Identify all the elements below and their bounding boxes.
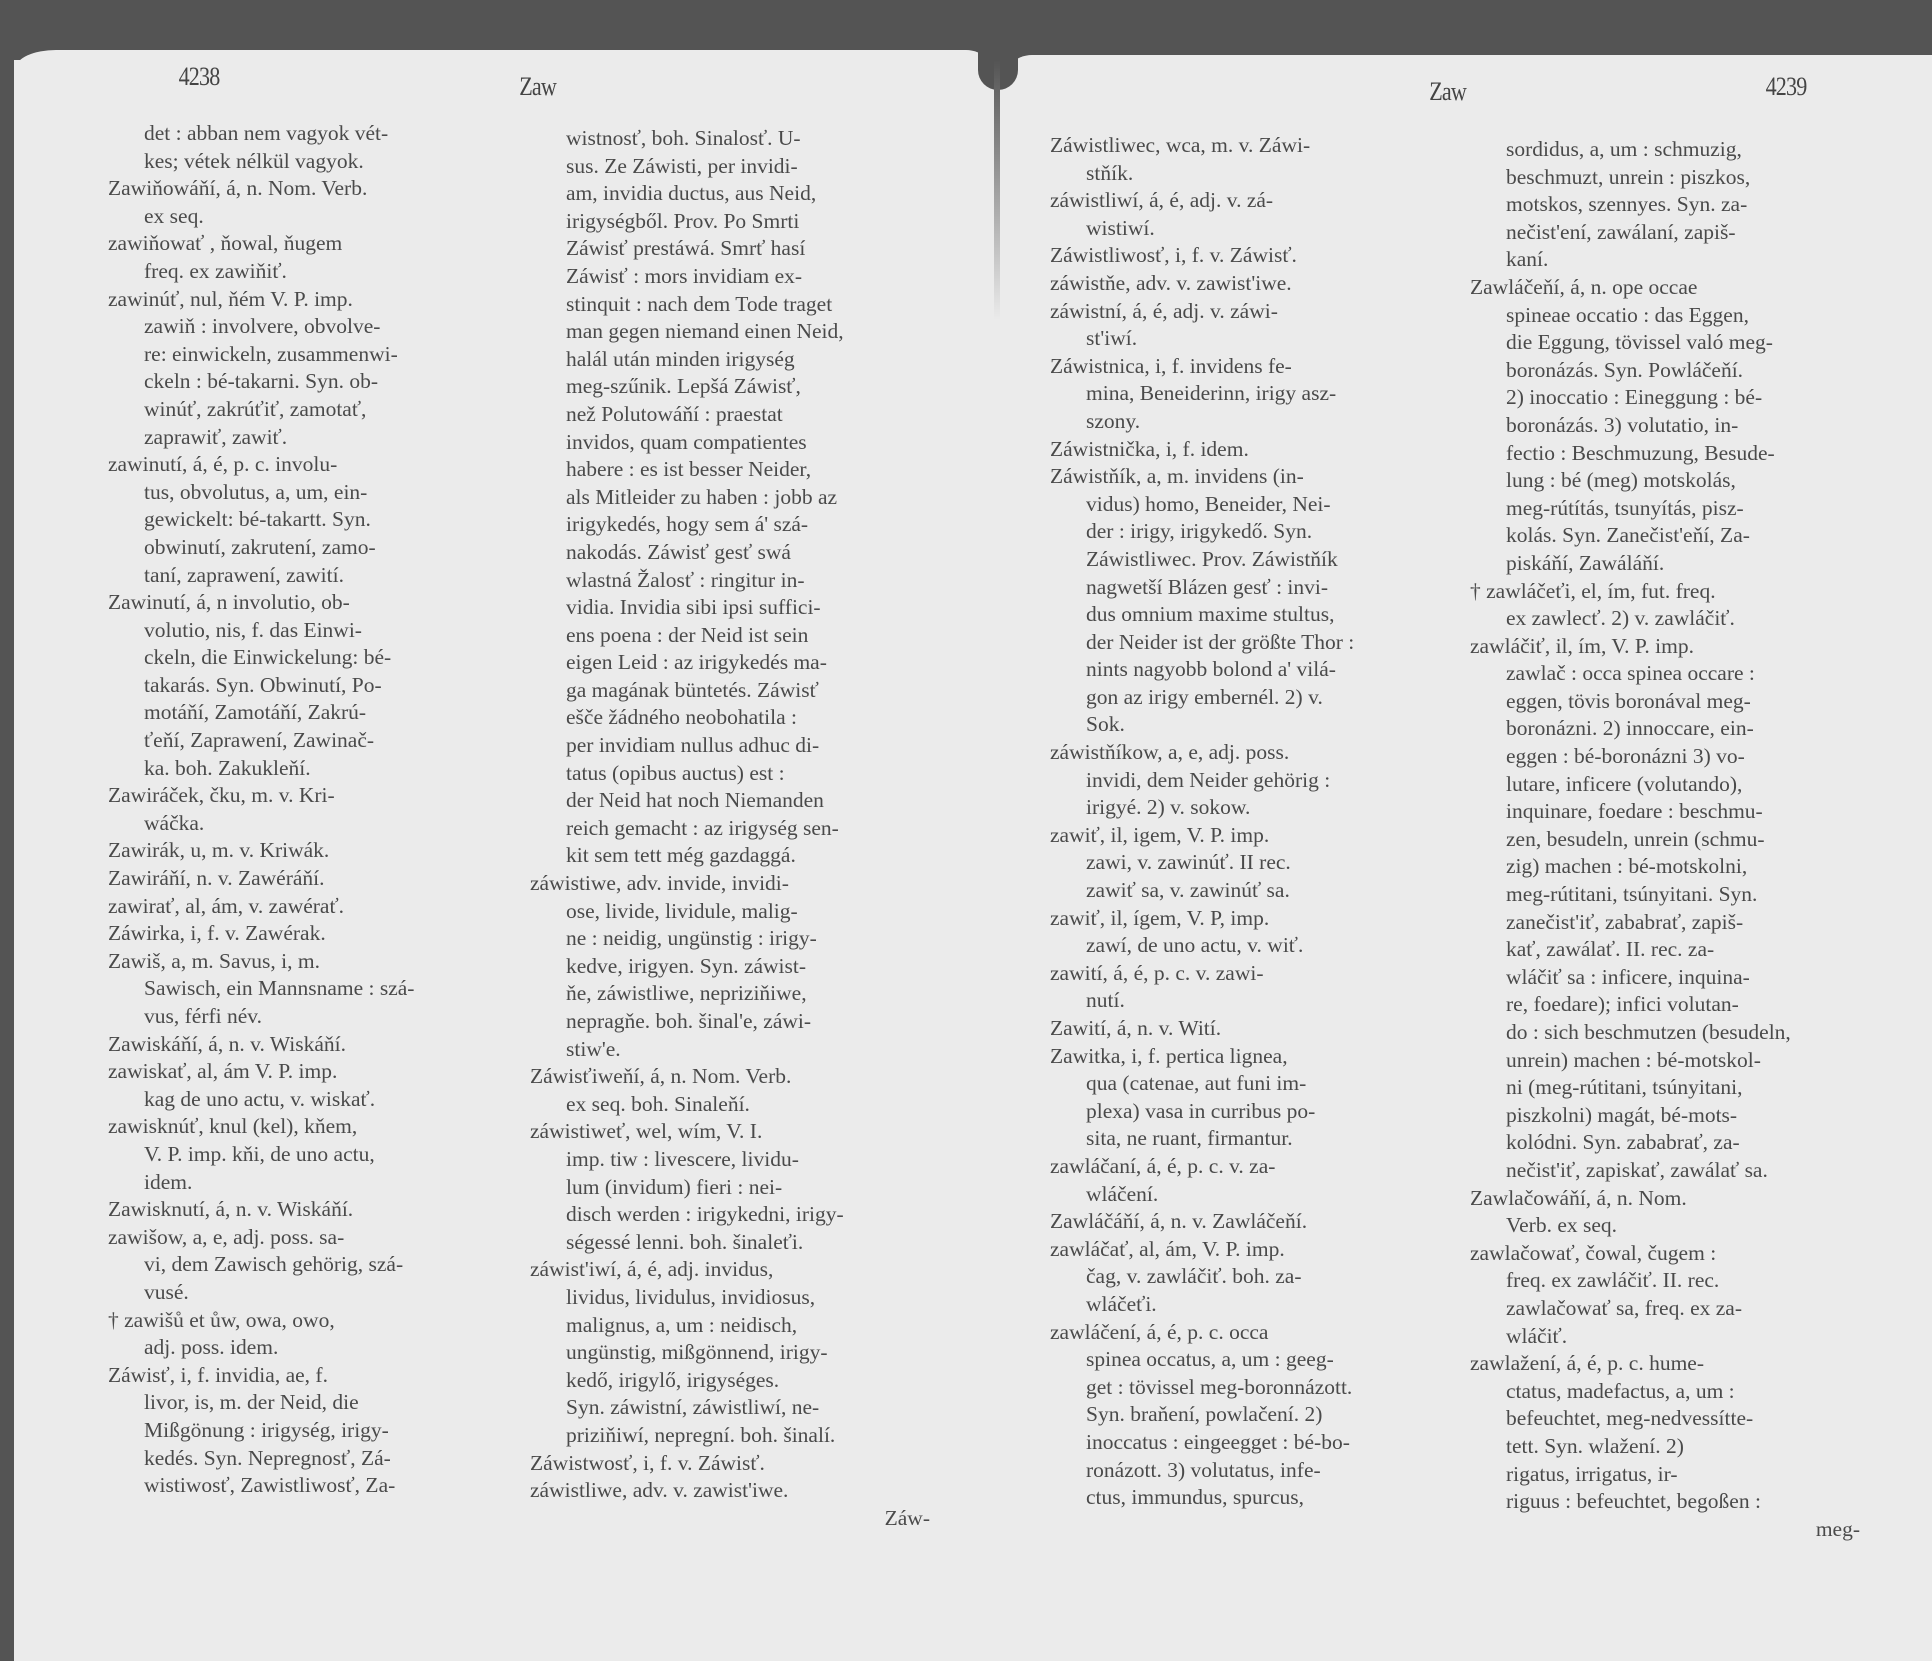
entry-headword-line: záwistiweť, wel, wím, V. I. — [530, 1118, 960, 1146]
entry-headword-line: záwist'iwí, á, é, adj. invidus, — [530, 1256, 960, 1284]
entry-headword-line: zawirať, al, ám, v. zawérať. — [108, 893, 526, 921]
scan-left-border — [0, 0, 14, 1661]
entry-continuation-line: lividus, lividulus, invidiosus, — [530, 1284, 960, 1312]
entry-continuation-line: habere : es ist besser Neider, — [530, 456, 960, 484]
entry-continuation-line: stinquit : nach dem Tode traget — [530, 291, 960, 319]
entry-continuation-line: 2) inoccatio : Eineggung : bé- — [1470, 384, 1890, 412]
entry-continuation-line: plexa) vasa in curribus po- — [1050, 1098, 1460, 1126]
entry-continuation-line: vusé. — [108, 1279, 526, 1307]
entry-continuation-line: motáňí, Zamotáňí, Zakrú- — [108, 699, 526, 727]
entry-continuation-line: obwinutí, zakrutení, zamo- — [108, 534, 526, 562]
entry-continuation-line: eggen : bé-boronázni 3) vo- — [1470, 743, 1890, 771]
entry-continuation-line: wláčení. — [1050, 1181, 1460, 1209]
entry-continuation-line: boronázni. 2) innoccare, ein- — [1470, 715, 1890, 743]
entry-continuation-line: zanečist'iť, zababrať, zapiš- — [1470, 909, 1890, 937]
entry-continuation-line: der Neider ist der größte Thor : — [1050, 629, 1460, 657]
entry-continuation-line: eggen, tövis boronával meg- — [1470, 688, 1890, 716]
entry-continuation-line: det : abban nem vagyok vét- — [108, 120, 526, 148]
entry-continuation-line: st'iwí. — [1050, 325, 1460, 353]
entry-continuation-line: kes; vétek nélkül vagyok. — [108, 148, 526, 176]
entry-continuation-line: inoccatus : eingeegget : bé-bo- — [1050, 1429, 1460, 1457]
entry-continuation-line: motskos, szennyes. Syn. za- — [1470, 191, 1890, 219]
entry-continuation-line: nepragňe. boh. šinal'e, záwi- — [530, 1008, 960, 1036]
entry-headword-line: zawinúť, nul, ňém V. P. imp. — [108, 286, 526, 314]
entry-continuation-line: reich gemacht : az irigység sen- — [530, 815, 960, 843]
entry-continuation-line: ens poena : der Neid ist sein — [530, 622, 960, 650]
entry-continuation-line: kit sem tett még gazdaggá. — [530, 842, 960, 870]
entry-headword-line: Zawiš, a, m. Savus, i, m. — [108, 948, 526, 976]
entry-headword-line: záwistní, á, é, adj. v. záwi- — [1050, 298, 1460, 326]
left-page-column-1: det : abban nem vagyok vét-kes; vétek né… — [108, 120, 526, 1500]
entry-continuation-line: V. P. imp. kňi, de uno actu, — [108, 1141, 526, 1169]
entry-headword-line: Záwisťiweňí, á, n. Nom. Verb. — [530, 1063, 960, 1091]
left-page-column-2: wistnosť, boh. Sinalosť. U-sus. Ze Záwis… — [530, 125, 960, 1532]
entry-headword-line: Záwisť, i, f. invidia, ae, f. — [108, 1362, 526, 1390]
entry-continuation-line: re, foedare); infici volutan- — [1470, 991, 1890, 1019]
entry-continuation-line: zen, besudeln, unrein (schmu- — [1470, 826, 1890, 854]
entry-continuation-line: irigyé. 2) v. sokow. — [1050, 794, 1460, 822]
entry-continuation-line: Záwistliwec. Prov. Záwistňík — [1050, 546, 1460, 574]
entry-continuation-line: kolódni. Syn. zababrať, za- — [1470, 1129, 1890, 1157]
entry-headword-line: Záwistnica, i, f. invidens fe- — [1050, 353, 1460, 381]
entry-continuation-line: unrein) machen : bé-motskol- — [1470, 1047, 1890, 1075]
entry-continuation-line: kag de uno actu, v. wiskať. — [108, 1086, 526, 1114]
entry-continuation-line: wistiwí. — [1050, 215, 1460, 243]
entry-continuation-line: imp. tiw : livescere, lividu- — [530, 1146, 960, 1174]
entry-continuation-line: kolás. Syn. Zanečist'eňí, Za- — [1470, 522, 1890, 550]
entry-continuation-line: sita, ne ruant, firmantur. — [1050, 1125, 1460, 1153]
entry-continuation-line: zawiť sa, v. zawinúť sa. — [1050, 877, 1460, 905]
entry-continuation-line: Sawisch, ein Mannsname : szá- — [108, 975, 526, 1003]
entry-continuation-line: als Mitleider zu haben : jobb az — [530, 484, 960, 512]
entry-headword-line: Záwistnička, i, f. idem. — [1050, 436, 1460, 464]
entry-continuation-line: zawí, de uno actu, v. wiť. — [1050, 932, 1460, 960]
entry-continuation-line: ségessé lenni. boh. šinaleťi. — [530, 1229, 960, 1257]
entry-continuation-line: Mißgönung : irigység, irigy- — [108, 1417, 526, 1445]
entry-continuation-line: nagwetší Blázen gesť : invi- — [1050, 574, 1460, 602]
entry-continuation-line: die Eggung, tövissel való meg- — [1470, 329, 1890, 357]
entry-continuation-line: fectio : Beschmuzung, Besude- — [1470, 440, 1890, 468]
entry-headword-line: Zawláčáňí, á, n. v. Zawláčeňí. — [1050, 1208, 1460, 1236]
entry-continuation-line: beschmuzt, unrein : piszkos, — [1470, 164, 1890, 192]
entry-continuation-line: priziňiwí, nepregní. boh. šinalí. — [530, 1422, 960, 1450]
entry-continuation-line: wlastná Žalosť : ringitur in- — [530, 567, 960, 595]
entry-continuation-line: zawlačowať sa, freq. ex za- — [1470, 1295, 1890, 1323]
entry-continuation-line: meg-szűnik. Lepšá Záwisť, — [530, 373, 960, 401]
entry-continuation-line: ctatus, madefactus, a, um : — [1470, 1378, 1890, 1406]
entry-continuation-line: ni (meg-rútitani, tsúnyitani, — [1470, 1074, 1890, 1102]
entry-continuation-line: per invidiam nullus adhuc di- — [530, 732, 960, 760]
entry-continuation-line: zawiň : involvere, obvolve- — [108, 313, 526, 341]
entry-continuation-line: spinea occatus, a, um : geeg- — [1050, 1346, 1460, 1374]
entry-continuation-line: disch werden : irigykedni, irigy- — [530, 1201, 960, 1229]
entry-headword-line: † zawláčeťi, el, ím, fut. freq. — [1470, 578, 1890, 606]
entry-continuation-line: invidos, quam compatientes — [530, 429, 960, 457]
entry-continuation-line: irigységből. Prov. Po Smrti — [530, 208, 960, 236]
entry-continuation-line: am, invidia ductus, aus Neid, — [530, 180, 960, 208]
entry-continuation-line: volutio, nis, f. das Einwi- — [108, 617, 526, 645]
entry-continuation-line: ne : neidig, ungünstig : irigy- — [530, 925, 960, 953]
entry-continuation-line: freq. ex zawláčiť. II. rec. — [1470, 1267, 1890, 1295]
entry-headword-line: Zawinutí, á, n involutio, ob- — [108, 589, 526, 617]
entry-continuation-line: tatus (opibus auctus) est : — [530, 760, 960, 788]
entry-continuation-line: dus omnium maxime stultus, — [1050, 601, 1460, 629]
entry-continuation-line: befeuchtet, meg-nedvessítte- — [1470, 1405, 1890, 1433]
entry-continuation-line: meg-rútítás, tsunyítás, pisz- — [1470, 495, 1890, 523]
entry-continuation-line: meg-rútitani, tsúnyitani. Syn. — [1470, 881, 1890, 909]
entry-continuation-line: gon az irigy embernél. 2) v. — [1050, 684, 1460, 712]
right-running-head: Zaw — [1429, 77, 1466, 107]
entry-continuation-line: sordidus, a, um : schmuzig, — [1470, 136, 1890, 164]
entry-headword-line: Zawiňowáňí, á, n. Nom. Verb. — [108, 175, 526, 203]
entry-continuation-line: zawlač : occa spinea occare : — [1470, 660, 1890, 688]
entry-continuation-line: adj. poss. idem. — [108, 1334, 526, 1362]
entry-continuation-line: get : tövissel meg-boronnázott. — [1050, 1374, 1460, 1402]
right-page-column-2: sordidus, a, um : schmuzig,beschmuzt, un… — [1470, 136, 1890, 1543]
entry-continuation-line: ckeln, die Einwickelung: bé- — [108, 644, 526, 672]
entry-continuation-line: vidia. Invidia sibi ipsi suffici- — [530, 594, 960, 622]
entry-headword-line: Zawiráňí, n. v. Zawéráňí. — [108, 865, 526, 893]
entry-headword-line: zawlažení, á, é, p. c. hume- — [1470, 1350, 1890, 1378]
entry-continuation-line: wáčka. — [108, 810, 526, 838]
right-page-number: 4239 — [1766, 72, 1807, 102]
entry-continuation-line: vus, férfi név. — [108, 1003, 526, 1031]
entry-continuation-line: inquinare, foedare : beschmu- — [1470, 798, 1890, 826]
entry-headword-line: záwistňe, adv. v. zawist'iwe. — [1050, 270, 1460, 298]
entry-continuation-line: ose, livide, lividule, malig- — [530, 898, 960, 926]
entry-continuation-line: taní, zaprawení, zawití. — [108, 562, 526, 590]
entry-headword-line: Zawiskáňí, á, n. v. Wiskáňí. — [108, 1031, 526, 1059]
entry-headword-line: Záwirka, i, f. v. Zawérak. — [108, 920, 526, 948]
entry-continuation-line: invidi, dem Neider gehörig : — [1050, 767, 1460, 795]
entry-continuation-line: nečist'iť, zapiskať, zawálať sa. — [1470, 1157, 1890, 1185]
entry-headword-line: zawití, á, é, p. c. v. zawi- — [1050, 960, 1460, 988]
entry-continuation-line: zawi, v. zawinúť. II rec. — [1050, 849, 1460, 877]
entry-continuation-line: tett. Syn. wlažení. 2) — [1470, 1433, 1890, 1461]
entry-continuation-line: wláčiť. — [1470, 1323, 1890, 1351]
left-running-head: Zaw — [519, 72, 556, 102]
entry-continuation-line: wláčiť sa : inficere, inquina- — [1470, 964, 1890, 992]
entry-continuation-line: rigatus, irrigatus, ir- — [1470, 1461, 1890, 1489]
entry-headword-line: záwistliwe, adv. v. zawist'iwe. — [530, 1477, 960, 1505]
entry-continuation-line: winúť, zakrúťiť, zamotať, — [108, 396, 526, 424]
catchword: meg- — [1470, 1516, 1890, 1544]
entry-continuation-line: wláčeťi. — [1050, 1291, 1460, 1319]
entry-continuation-line: eigen Leid : az irigykedés ma- — [530, 649, 960, 677]
entry-headword-line: záwistňíkow, a, e, adj. poss. — [1050, 739, 1460, 767]
entry-continuation-line: stňík. — [1050, 160, 1460, 188]
entry-headword-line: zawišow, a, e, adj. poss. sa- — [108, 1224, 526, 1252]
entry-continuation-line: než Polutowáňí : praestat — [530, 401, 960, 429]
entry-continuation-line: ckeln : bé-takarni. Syn. ob- — [108, 368, 526, 396]
entry-continuation-line: ňe, záwistliwe, nepriziňiwe, — [530, 980, 960, 1008]
entry-continuation-line: nints nagyobb bolond a' vilá- — [1050, 656, 1460, 684]
entry-continuation-line: vidus) homo, Beneider, Nei- — [1050, 491, 1460, 519]
entry-continuation-line: piskáňí, Zawáláňí. — [1470, 550, 1890, 578]
entry-headword-line: zawiňowať , ňowal, ňugem — [108, 230, 526, 258]
entry-headword-line: Zawlačowáňí, á, n. Nom. — [1470, 1185, 1890, 1213]
entry-continuation-line: Syn. záwistní, záwistliwí, ne- — [530, 1394, 960, 1422]
entry-headword-line: zawláčať, al, ám, V. P. imp. — [1050, 1236, 1460, 1264]
entry-continuation-line: mina, Beneiderinn, irigy asz- — [1050, 380, 1460, 408]
entry-continuation-line: nutí. — [1050, 987, 1460, 1015]
entry-continuation-line: spineae occatio : das Eggen, — [1470, 302, 1890, 330]
entry-continuation-line: lum (invidum) fieri : nei- — [530, 1174, 960, 1202]
entry-continuation-line: idem. — [108, 1169, 526, 1197]
entry-continuation-line: ex seq. — [108, 203, 526, 231]
entry-continuation-line: ešče žádného neobohatila : — [530, 704, 960, 732]
entry-continuation-line: zaprawiť, zawiť. — [108, 424, 526, 452]
catchword: Záw- — [530, 1505, 960, 1533]
entry-continuation-line: lung : bé (meg) motskolás, — [1470, 467, 1890, 495]
entry-continuation-line: ka. boh. Zakukleňí. — [108, 755, 526, 783]
entry-continuation-line: ungünstig, mißgönnend, irigy- — [530, 1339, 960, 1367]
entry-continuation-line: nakodás. Záwisť gesť swá — [530, 539, 960, 567]
right-page-column-1: Záwistliwec, wca, m. v. Záwi-stňík.záwis… — [1050, 132, 1460, 1512]
entry-continuation-line: wistnosť, boh. Sinalosť. U- — [530, 125, 960, 153]
entry-continuation-line: kedés. Syn. Nepregnosť, Zá- — [108, 1445, 526, 1473]
entry-headword-line: Zawláčeňí, á, n. ope occae — [1470, 274, 1890, 302]
entry-continuation-line: ex zawlecť. 2) v. zawláčiť. — [1470, 605, 1890, 633]
entry-continuation-line: do : sich beschmutzen (besudeln, — [1470, 1019, 1890, 1047]
entry-continuation-line: kaní. — [1470, 246, 1890, 274]
entry-continuation-line: ronázott. 3) volutatus, infe- — [1050, 1457, 1460, 1485]
entry-continuation-line: Syn. braňení, powlačení. 2) — [1050, 1401, 1460, 1429]
entry-headword-line: Záwistliwosť, i, f. v. Záwisť. — [1050, 242, 1460, 270]
entry-continuation-line: malignus, a, um : neidisch, — [530, 1312, 960, 1340]
entry-continuation-line: wistiwosť, Zawistliwosť, Za- — [108, 1472, 526, 1500]
entry-headword-line: zawláčení, á, é, p. c. occa — [1050, 1319, 1460, 1347]
entry-continuation-line: ex seq. boh. Sinaleňí. — [530, 1091, 960, 1119]
entry-headword-line: zawiť, il, ígem, V. P, imp. — [1050, 905, 1460, 933]
entry-continuation-line: livor, is, m. der Neid, die — [108, 1389, 526, 1417]
entry-headword-line: Zawití, á, n. v. Wití. — [1050, 1015, 1460, 1043]
entry-continuation-line: Sok. — [1050, 711, 1460, 739]
entry-headword-line: Záwistliwec, wca, m. v. Záwi- — [1050, 132, 1460, 160]
entry-continuation-line: re: einwickeln, zusammenwi- — [108, 341, 526, 369]
entry-headword-line: zawláčiť, il, ím, V. P. imp. — [1470, 633, 1890, 661]
entry-continuation-line: ťeňí, Zaprawení, Zawinač- — [108, 727, 526, 755]
entry-continuation-line: kedve, irigyen. Syn. záwist- — [530, 953, 960, 981]
entry-continuation-line: halál után minden irigység — [530, 346, 960, 374]
entry-continuation-line: zig) machen : bé-motskolni, — [1470, 853, 1890, 881]
entry-continuation-line: kať, zawálať. II. rec. za- — [1470, 936, 1890, 964]
entry-continuation-line: ga magának büntetés. Záwisť — [530, 677, 960, 705]
entry-continuation-line: boronázás. Syn. Powláčeňí. — [1470, 357, 1890, 385]
left-page-number: 4238 — [179, 62, 220, 92]
entry-headword-line: Záwistňík, a, m. invidens (in- — [1050, 463, 1460, 491]
entry-headword-line: záwistliwí, á, é, adj. v. zá- — [1050, 187, 1460, 215]
entry-headword-line: zawiť, il, igem, V. P. imp. — [1050, 822, 1460, 850]
entry-continuation-line: sus. Ze Záwisti, per invidi- — [530, 153, 960, 181]
entry-continuation-line: gewickelt: bé-takartt. Syn. — [108, 506, 526, 534]
entry-headword-line: zawinutí, á, é, p. c. involu- — [108, 451, 526, 479]
entry-continuation-line: riguus : befeuchtet, begoßen : — [1470, 1488, 1890, 1516]
entry-headword-line: Záwistwosť, i, f. v. Záwisť. — [530, 1450, 960, 1478]
entry-continuation-line: der : irigy, irigykedő. Syn. — [1050, 518, 1460, 546]
entry-continuation-line: takarás. Syn. Obwinutí, Po- — [108, 672, 526, 700]
entry-continuation-line: Záwisť prestáwá. Smrť hasí — [530, 235, 960, 263]
entry-continuation-line: irigykedés, hogy sem á' szá- — [530, 511, 960, 539]
entry-continuation-line: piszkolni) magát, bé-mots- — [1470, 1102, 1890, 1130]
entry-headword-line: Zawiráček, čku, m. v. Kri- — [108, 782, 526, 810]
entry-continuation-line: stiw'e. — [530, 1036, 960, 1064]
entry-headword-line: zawláčaní, á, é, p. c. v. za- — [1050, 1153, 1460, 1181]
entry-continuation-line: tus, obvolutus, a, um, ein- — [108, 479, 526, 507]
entry-headword-line: zawisknúť, knul (kel), kňem, — [108, 1113, 526, 1141]
entry-continuation-line: ctus, immundus, spurcus, — [1050, 1484, 1460, 1512]
entry-continuation-line: der Neid hat noch Niemanden — [530, 787, 960, 815]
entry-continuation-line: boronázás. 3) volutatio, in- — [1470, 412, 1890, 440]
entry-continuation-line: Verb. ex seq. — [1470, 1212, 1890, 1240]
entry-headword-line: zawiskať, al, ám V. P. imp. — [108, 1058, 526, 1086]
entry-continuation-line: kedő, irigylő, irigységes. — [530, 1367, 960, 1395]
entry-continuation-line: vi, dem Zawisch gehörig, szá- — [108, 1251, 526, 1279]
entry-continuation-line: Záwisť : mors invidiam ex- — [530, 263, 960, 291]
entry-continuation-line: čag, v. zawláčiť. boh. za- — [1050, 1263, 1460, 1291]
entry-headword-line: záwistiwe, adv. invide, invidi- — [530, 870, 960, 898]
entry-continuation-line: freq. ex zawiňiť. — [108, 258, 526, 286]
entry-headword-line: Zawirák, u, m. v. Kriwák. — [108, 837, 526, 865]
entry-headword-line: zawlačowať, čowal, čugem : — [1470, 1240, 1890, 1268]
entry-continuation-line: nečist'ení, zawálaní, zapiš- — [1470, 219, 1890, 247]
book-gutter — [994, 60, 1000, 320]
entry-headword-line: † zawišů et ůw, owa, owo, — [108, 1307, 526, 1335]
entry-continuation-line: lutare, inficere (volutando), — [1470, 771, 1890, 799]
entry-headword-line: Zawisknutí, á, n. v. Wiskáňí. — [108, 1196, 526, 1224]
entry-headword-line: Zawitka, i, f. pertica lignea, — [1050, 1043, 1460, 1071]
entry-continuation-line: man gegen niemand einen Neid, — [530, 318, 960, 346]
entry-continuation-line: szony. — [1050, 408, 1460, 436]
entry-continuation-line: qua (catenae, aut funi im- — [1050, 1070, 1460, 1098]
